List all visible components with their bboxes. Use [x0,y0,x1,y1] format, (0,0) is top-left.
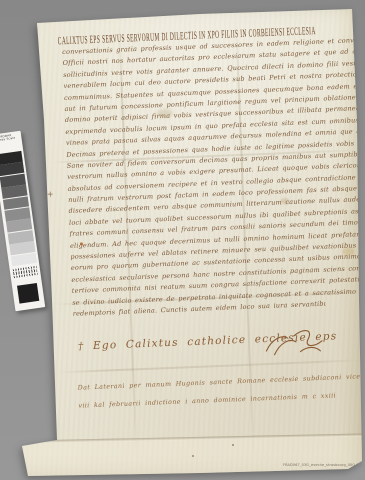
strip-label-line: Gray Scale [0,136,22,144]
dating-clause-line-2: viii kal februarii indictione i anno dom… [78,392,336,409]
dating-clause-line-1: Dat Laterani per manum Hugonis sancte Ro… [78,373,365,392]
body-lines: conversationis gratia professis usque ad… [62,35,365,320]
horizontal-fold-crease [57,359,365,373]
strip-black-patch-wrap [12,280,45,306]
parchment-charter: CALIXTUS EPS SERVUS SERVORUM DI DILECTIS… [0,0,365,480]
marginal-cross-mark: + [47,189,54,198]
subscription-cross-icon: † [78,340,85,352]
subscription-flourish [261,325,326,362]
manuscript-text-block: CALIXTUS EPS SERVUS SERVORUM DI DILECTIS… [37,9,365,474]
strip-black-patch [17,283,39,304]
parchment-shadow-wrap: CALIXTUS EPS SERVUS SERVORUM DI DILECTIS… [0,0,365,480]
archive-reference-caption: FRAD067_03G_eveche_strasbourg_000_B18_19… [283,463,363,467]
archival-photo: CALIXTUS EPS SERVUS SERVORUM DI DILECTIS… [0,0,365,480]
